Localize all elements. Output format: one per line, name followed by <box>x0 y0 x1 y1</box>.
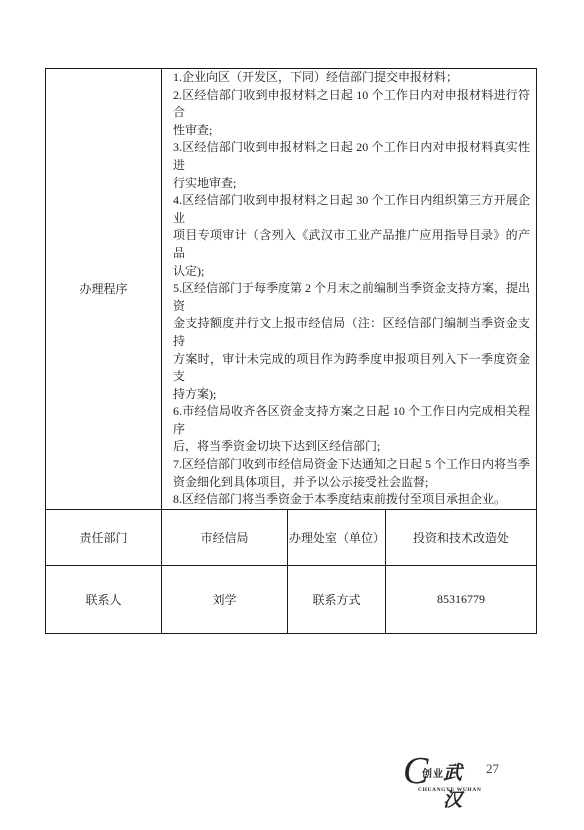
procedure-line: 4.区经信部门收到申报材料之日起 30 个工作日内组织第三方开展企业 <box>173 192 530 227</box>
office-label: 办理处室（单位） <box>288 509 386 565</box>
procedure-line: 1.企业向区（开发区，下同）经信部门提交申报材料； <box>173 69 530 87</box>
procedure-line: 行实地审查; <box>173 175 530 193</box>
procedure-label: 办理程序 <box>46 69 162 510</box>
page-footer: C 创业 武汉 CHUANGYE WUHAN 27 <box>0 750 584 810</box>
logo-en-text: CHUANGYE WUHAN <box>418 787 481 793</box>
procedure-content-cell: 1.企业向区（开发区，下同）经信部门提交申报材料； 2.区经信部门收到申报材料之… <box>162 69 537 510</box>
procedure-line: 3.区经信部门收到申报材料之日起 20 个工作日内对申报材料真实性进 <box>173 139 530 174</box>
table-row-department: 责任部门 市经信局 办理处室（单位） 投资和技术改造处 <box>46 509 537 565</box>
procedure-line: 7.区经信部门收到市经信局资金下达通知之日起 5 个工作日内将当季 <box>173 456 530 474</box>
procedure-line: 性审查; <box>173 122 530 140</box>
procedure-line: 6.市经信局收齐各区资金支持方案之日起 10 个工作日内完成相关程序 <box>173 403 530 438</box>
chuangye-wuhan-logo: C 创业 武汉 CHUANGYE WUHAN <box>403 756 481 802</box>
table-row-contact: 联系人 刘学 联系方式 85316779 <box>46 565 537 633</box>
contact-person-label: 联系人 <box>46 565 162 633</box>
procedure-line: 资金细化到具体项目，并予以公示接受社会监督; <box>173 474 530 492</box>
document-page: { "table": { "procedure_label": "办理程序", … <box>0 0 584 830</box>
table-row-procedure: 办理程序 1.企业向区（开发区，下同）经信部门提交申报材料； 2.区经信部门收到… <box>46 69 537 510</box>
procedure-line: 持方案); <box>173 386 530 404</box>
procedure-line: 金支持额度并行文上报市经信局（注：区经信部门编制当季资金支持 <box>173 315 530 350</box>
procedure-line: 后，将当季资金切块下达到区经信部门; <box>173 438 530 456</box>
procedure-line: 认定); <box>173 263 530 281</box>
procedure-line: 方案时，审计未完成的项目作为跨季度申报项目列入下一季度资金支 <box>173 351 530 386</box>
procedure-line: 5.区经信部门于每季度第 2 个月末之前编制当季资金支持方案，提出资 <box>173 280 530 315</box>
logo-cn-small-text: 创业 <box>422 765 444 780</box>
procedure-line: 8.区经信部门将当季资金于本季度结束前拨付至项目承担企业。 <box>173 491 530 509</box>
procedure-line: 2.区经信部门收到申报材料之日起 10 个工作日内对申报材料进行符合 <box>173 87 530 122</box>
page-number: 27 <box>486 761 499 777</box>
contact-method-label: 联系方式 <box>288 565 386 633</box>
contact-person-value: 刘学 <box>162 565 288 633</box>
contact-method-value: 85316779 <box>386 565 537 633</box>
procedure-info-table: 办理程序 1.企业向区（开发区，下同）经信部门提交申报材料； 2.区经信部门收到… <box>45 68 537 634</box>
office-value: 投资和技术改造处 <box>386 509 537 565</box>
department-label: 责任部门 <box>46 509 162 565</box>
procedure-line: 项目专项审计（含列入《武汉市工业产品推广应用指导目录》的产品 <box>173 227 530 262</box>
department-value: 市经信局 <box>162 509 288 565</box>
logo-cn-brush-text: 武汉 <box>443 758 481 812</box>
